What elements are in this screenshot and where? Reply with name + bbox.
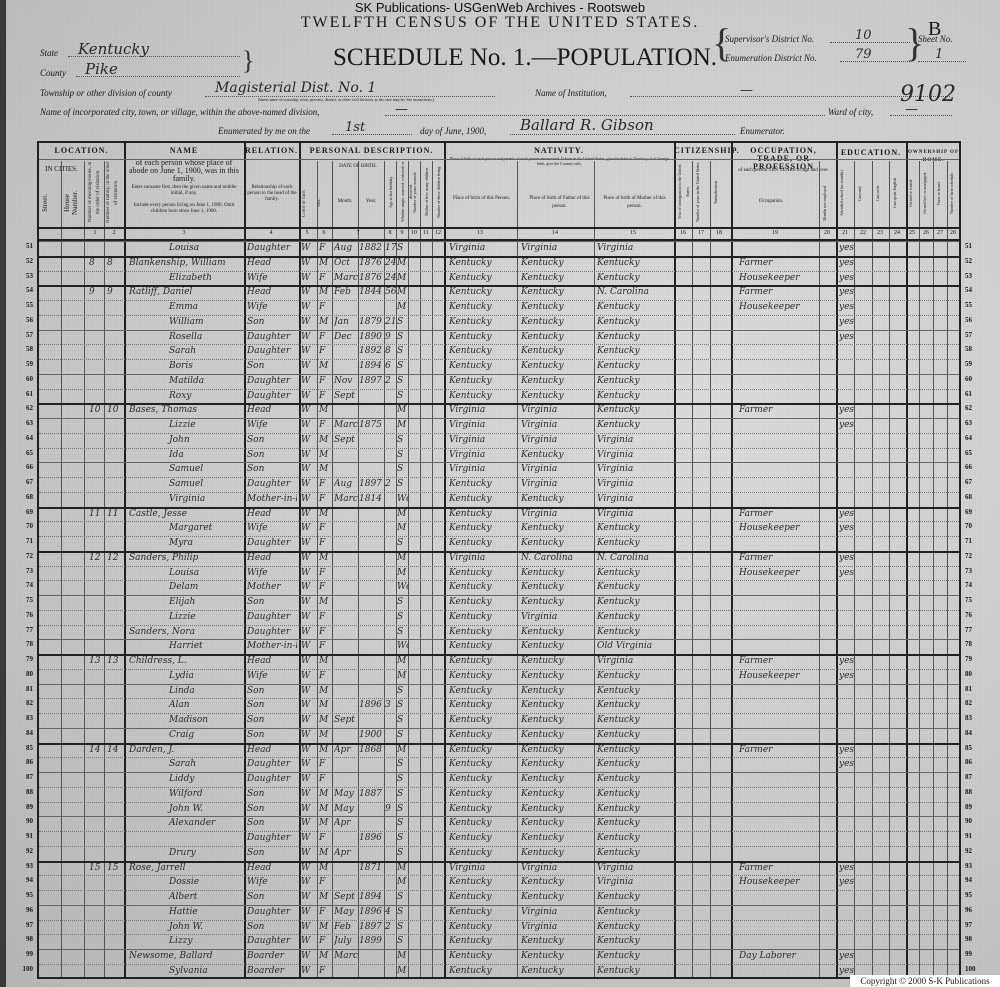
cell-marital: S — [397, 479, 409, 489]
cell-color: W — [301, 700, 315, 710]
cell-color: W — [301, 641, 315, 651]
cell-father: Virginia — [521, 479, 591, 489]
cell-birth: Virginia — [449, 405, 515, 415]
cell-marital: S — [397, 464, 409, 474]
cell-relation: Son — [247, 715, 297, 725]
cell-color: W — [301, 317, 315, 327]
header-education: EDUCATION. — [836, 149, 906, 157]
cell-marital: S — [397, 538, 409, 548]
cell-birth: Kentucky — [449, 273, 515, 283]
cell-marital: S — [397, 848, 409, 858]
cell-edu: yes — [839, 258, 899, 268]
line-number-right: 97 — [965, 921, 972, 929]
cell-occupation: Farmer — [739, 553, 817, 563]
cell-year: 1844 — [359, 287, 383, 297]
line-number-right: 54 — [965, 286, 972, 294]
cell-marital: S — [397, 346, 409, 356]
cell-birth: Kentucky — [449, 745, 515, 755]
cell-sex: F — [319, 774, 331, 784]
cell-marital: S — [397, 376, 409, 386]
census-title: TWELFTH CENSUS OF THE UNITED STATES. — [0, 14, 1000, 32]
enumerated-day: 1st — [345, 120, 365, 135]
cell-birth: Kentucky — [449, 582, 515, 592]
cell-sex: M — [319, 892, 331, 902]
line-number-right: 96 — [965, 906, 972, 914]
cell-mother: Kentucky — [597, 612, 669, 622]
header-relation: RELATION. — [244, 147, 299, 155]
cell-family: 15 — [107, 863, 121, 873]
cell-edu: yes — [839, 287, 899, 297]
column-number: 6 — [318, 230, 330, 236]
cell-marital: S — [397, 435, 409, 445]
line-number-left: 70 — [13, 522, 33, 530]
cell-mother: Kentucky — [597, 759, 669, 769]
line-number-left: 65 — [13, 449, 33, 457]
cell-father: Kentucky — [521, 745, 591, 755]
cell-birth: Kentucky — [449, 287, 515, 297]
cell-sex: M — [319, 922, 331, 932]
cell-father: Kentucky — [521, 273, 591, 283]
cell-marital: S — [397, 317, 409, 327]
cell-age: 21 — [385, 317, 397, 327]
cell-edu: yes — [839, 420, 899, 430]
cell-family: 12 — [107, 553, 121, 563]
cell-birth: Kentucky — [449, 376, 515, 386]
header-name: NAME — [124, 147, 244, 155]
cell-sex: F — [319, 877, 331, 887]
schedule-title: SCHEDULE No. 1.—POPULATION. — [333, 44, 717, 72]
column-number: 5 — [301, 230, 313, 236]
cell-marital: S — [397, 243, 409, 253]
line-number-left: 59 — [13, 360, 33, 368]
cell-color: W — [301, 450, 315, 460]
cell-father: Kentucky — [521, 627, 591, 637]
cell-color: W — [301, 376, 315, 386]
cell-birth: Virginia — [449, 553, 515, 563]
line-number-left: 85 — [13, 744, 33, 752]
cell-mother: Virginia — [597, 464, 669, 474]
line-number-right: 86 — [965, 758, 972, 766]
cell-year: 1896 — [359, 833, 383, 843]
supervisor-value: 10 — [855, 28, 872, 43]
cell-sex: M — [319, 287, 331, 297]
enumerator-label: Enumerator. — [740, 126, 785, 136]
cell-month: May — [334, 789, 358, 799]
cell-relation: Mother-in-law — [247, 494, 297, 504]
cell-edu: yes — [839, 759, 899, 769]
cell-color: W — [301, 745, 315, 755]
cell-mother: Kentucky — [597, 597, 669, 607]
cell-name: Sanders, Nora — [129, 627, 241, 637]
cell-father: Kentucky — [521, 287, 591, 297]
line-number-right: 52 — [965, 257, 972, 265]
cell-color: W — [301, 951, 315, 961]
cell-sex: F — [319, 568, 331, 578]
cell-relation: Head — [247, 553, 297, 563]
cell-month: May — [334, 907, 358, 917]
cell-father: Virginia — [521, 922, 591, 932]
cell-father: Kentucky — [521, 346, 591, 356]
column-number: 18 — [713, 230, 725, 236]
sheet-value: 1 — [935, 47, 943, 62]
cell-mother: N. Carolina — [597, 553, 669, 563]
cell-marital: S — [397, 627, 409, 637]
cell-sex: M — [319, 686, 331, 696]
cell-edu: yes — [839, 332, 899, 342]
cell-father: Kentucky — [521, 951, 591, 961]
cell-color: W — [301, 435, 315, 445]
cell-father: Kentucky — [521, 568, 591, 578]
column-number: 21 — [839, 230, 851, 236]
cell-color: W — [301, 715, 315, 725]
cell-name: Bases, Thomas — [129, 405, 241, 415]
cell-dwelling: 14 — [89, 745, 103, 755]
line-number-left: 55 — [13, 301, 33, 309]
stamp-number: 9102 — [900, 82, 956, 107]
cell-relation: Wife — [247, 302, 297, 312]
cell-mother: Kentucky — [597, 568, 669, 578]
cell-family: 13 — [107, 656, 121, 666]
cell-marital: S — [397, 700, 409, 710]
cell-age: 2 — [385, 479, 397, 489]
cell-sex: F — [319, 538, 331, 548]
cell-relation: Head — [247, 405, 297, 415]
cell-relation: Boarder — [247, 966, 297, 976]
cell-age: 56 — [385, 287, 397, 297]
cell-father: Kentucky — [521, 877, 591, 887]
line-number-right: 57 — [965, 331, 972, 339]
line-number-right: 84 — [965, 729, 972, 737]
enumeration-value: 79 — [855, 47, 872, 62]
cell-relation: Daughter — [247, 833, 297, 843]
cell-color: W — [301, 833, 315, 843]
cell-color: W — [301, 936, 315, 946]
cell-color: W — [301, 789, 315, 799]
cell-father: Kentucky — [521, 582, 591, 592]
cell-mother: Kentucky — [597, 774, 669, 784]
cell-marital: M — [397, 553, 409, 563]
cell-birth: Kentucky — [449, 936, 515, 946]
column-number: 25 — [906, 230, 918, 236]
cell-marital: M — [397, 671, 409, 681]
cell-mother: Kentucky — [597, 538, 669, 548]
cell-sex: F — [319, 332, 331, 342]
cell-mother: Virginia — [597, 479, 669, 489]
cell-birth: Kentucky — [449, 538, 515, 548]
header-nativity: NATIVITY. — [444, 147, 674, 155]
cell-birth: Virginia — [449, 243, 515, 253]
cell-month: Feb — [334, 922, 358, 932]
cell-relation: Daughter — [247, 376, 297, 386]
cell-birth: Kentucky — [449, 833, 515, 843]
cell-birth: Kentucky — [449, 509, 515, 519]
cell-edu: yes — [839, 656, 899, 666]
cell-birth: Kentucky — [449, 523, 515, 533]
cell-year: 1896 — [359, 907, 383, 917]
cell-color: W — [301, 538, 315, 548]
cell-marital: M — [397, 877, 409, 887]
cell-color: W — [301, 671, 315, 681]
cell-father: Kentucky — [521, 317, 591, 327]
cell-occupation: Farmer — [739, 258, 817, 268]
line-number-left: 88 — [13, 788, 33, 796]
cell-sex: F — [319, 907, 331, 917]
cell-edu: yes — [839, 405, 899, 415]
cell-color: W — [301, 361, 315, 371]
cell-year: 1882 — [359, 243, 383, 253]
cell-sex: F — [319, 966, 331, 976]
cell-color: W — [301, 848, 315, 858]
cell-birth: Kentucky — [449, 494, 515, 504]
cell-marital: S — [397, 892, 409, 902]
cell-color: W — [301, 818, 315, 828]
line-number-left: 84 — [13, 729, 33, 737]
cell-birth: Virginia — [449, 420, 515, 430]
cell-color: W — [301, 332, 315, 342]
cell-father: Kentucky — [521, 789, 591, 799]
cell-sex: M — [319, 258, 331, 268]
cell-mother: N. Carolina — [597, 287, 669, 297]
cell-sex: M — [319, 789, 331, 799]
line-number-left: 94 — [13, 876, 33, 884]
cell-color: W — [301, 877, 315, 887]
line-number-left: 97 — [13, 921, 33, 929]
cell-age: 17 — [385, 243, 397, 253]
cell-age: 2 — [385, 376, 397, 386]
cell-relation: Head — [247, 258, 297, 268]
cell-relation: Son — [247, 435, 297, 445]
cell-marital: M — [397, 966, 409, 976]
cell-month: Aug — [334, 243, 358, 253]
cell-mother: Kentucky — [597, 332, 669, 342]
cell-marital: M — [397, 273, 409, 283]
cell-father: Virginia — [521, 243, 591, 253]
cell-month: Sept — [334, 715, 358, 725]
cell-month: Sept — [334, 892, 358, 902]
cell-sex: M — [319, 863, 331, 873]
cell-father: Virginia — [521, 863, 591, 873]
cell-age: 3 — [385, 700, 397, 710]
cell-sex: F — [319, 833, 331, 843]
copyright-notice: Copyright © 2000 S-K Publications — [850, 975, 1000, 987]
cell-birth: Kentucky — [449, 892, 515, 902]
line-number-left: 68 — [13, 493, 33, 501]
cell-father: Virginia — [521, 612, 591, 622]
population-table: LOCATION. IN CITIES. Street. House Numbe… — [37, 141, 961, 979]
cell-age: 24 — [385, 273, 397, 283]
cell-mother: Kentucky — [597, 789, 669, 799]
cell-sex: M — [319, 745, 331, 755]
cell-mother: Virginia — [597, 509, 669, 519]
cell-sex: M — [319, 848, 331, 858]
cell-birth: Kentucky — [449, 951, 515, 961]
cell-year: 1876 — [359, 273, 383, 283]
cell-month: Apr — [334, 745, 358, 755]
line-number-left: 61 — [13, 390, 33, 398]
cell-father: Kentucky — [521, 730, 591, 740]
line-number-left: 79 — [13, 655, 33, 663]
cell-family: 14 — [107, 745, 121, 755]
cell-sex: F — [319, 420, 331, 430]
cell-family: 8 — [107, 258, 121, 268]
cell-sex: F — [319, 346, 331, 356]
cell-occupation: Housekeeper — [739, 523, 817, 533]
cell-father: Kentucky — [521, 759, 591, 769]
cell-dwelling: 9 — [89, 287, 103, 297]
cell-father: Kentucky — [521, 302, 591, 312]
cell-birth: Kentucky — [449, 612, 515, 622]
county-label: County — [40, 68, 66, 78]
column-number: 16 — [677, 230, 689, 236]
cell-mother: Kentucky — [597, 936, 669, 946]
line-number-left: 60 — [13, 375, 33, 383]
cell-father: Kentucky — [521, 656, 591, 666]
cell-sex: F — [319, 641, 331, 651]
cell-relation: Wife — [247, 671, 297, 681]
line-number-right: 78 — [965, 640, 972, 648]
cell-relation: Daughter — [247, 774, 297, 784]
cell-birth: Kentucky — [449, 700, 515, 710]
line-number-left: 95 — [13, 891, 33, 899]
line-number-left: 54 — [13, 286, 33, 294]
cell-mother: Kentucky — [597, 671, 669, 681]
cell-name: Castle, Jesse — [129, 509, 241, 519]
cell-relation: Wife — [247, 420, 297, 430]
cell-sex: M — [319, 597, 331, 607]
cell-mother: Virginia — [597, 656, 669, 666]
cell-relation: Daughter — [247, 391, 297, 401]
header-location: LOCATION. — [39, 147, 124, 155]
cell-month: Sept — [334, 435, 358, 445]
cell-name: Rose, Jarrell — [129, 863, 241, 873]
cell-father: Virginia — [521, 907, 591, 917]
column-number: 12 — [432, 230, 444, 236]
cell-color: W — [301, 494, 315, 504]
cell-sex: F — [319, 243, 331, 253]
cell-color: W — [301, 582, 315, 592]
cell-name: Blankenship, William — [129, 258, 241, 268]
cell-relation: Head — [247, 863, 297, 873]
cell-sex: F — [319, 612, 331, 622]
cell-relation: Head — [247, 656, 297, 666]
cell-sex: M — [319, 509, 331, 519]
column-number: 27 — [934, 230, 946, 236]
cell-color: W — [301, 966, 315, 976]
column-number: 17 — [695, 230, 707, 236]
cell-relation: Wife — [247, 273, 297, 283]
cell-sex: F — [319, 582, 331, 592]
cell-age: 4 — [385, 907, 397, 917]
line-number-right: 64 — [965, 434, 972, 442]
cell-name: Darden, J. — [129, 745, 241, 755]
line-number-left: 83 — [13, 714, 33, 722]
cell-relation: Son — [247, 464, 297, 474]
line-number-right: 53 — [965, 272, 972, 280]
line-number-left: 90 — [13, 817, 33, 825]
cell-father: Kentucky — [521, 523, 591, 533]
cell-marital: M — [397, 523, 409, 533]
cell-year: 1896 — [359, 700, 383, 710]
cell-edu: yes — [839, 745, 899, 755]
cell-dwelling: 10 — [89, 405, 103, 415]
line-number-left: 66 — [13, 463, 33, 471]
line-number-right: 100 — [965, 965, 976, 973]
line-number-left: 100 — [13, 965, 33, 973]
cell-occupation: Farmer — [739, 405, 817, 415]
cell-edu: yes — [839, 509, 899, 519]
line-number-left: 87 — [13, 773, 33, 781]
cell-sex: M — [319, 464, 331, 474]
cell-marital: M — [397, 258, 409, 268]
cell-color: W — [301, 597, 315, 607]
cell-sex: M — [319, 435, 331, 445]
cell-dwelling: 8 — [89, 258, 103, 268]
line-number-left: 78 — [13, 640, 33, 648]
column-number: 26 — [920, 230, 932, 236]
cell-birth: Kentucky — [449, 391, 515, 401]
cell-color: W — [301, 464, 315, 474]
cell-father: N. Carolina — [521, 553, 591, 563]
cell-color: W — [301, 922, 315, 932]
cell-father: Kentucky — [521, 332, 591, 342]
cell-mother: Kentucky — [597, 848, 669, 858]
line-number-left: 76 — [13, 611, 33, 619]
cell-birth: Kentucky — [449, 686, 515, 696]
cell-relation: Wife — [247, 568, 297, 578]
line-number-left: 91 — [13, 832, 33, 840]
cell-birth: Kentucky — [449, 568, 515, 578]
cell-marital: M — [397, 302, 409, 312]
cell-mother: Kentucky — [597, 627, 669, 637]
line-number-left: 93 — [13, 862, 33, 870]
column-number: 22 — [857, 230, 869, 236]
column-number: 23 — [874, 230, 886, 236]
cell-marital: S — [397, 730, 409, 740]
cell-marital: S — [397, 774, 409, 784]
cell-color: W — [301, 479, 315, 489]
cell-father: Kentucky — [521, 966, 591, 976]
cell-relation: Son — [247, 686, 297, 696]
cell-color: W — [301, 346, 315, 356]
cell-birth: Kentucky — [449, 907, 515, 917]
line-number-right: 70 — [965, 522, 972, 530]
cell-relation: Wife — [247, 877, 297, 887]
cell-father: Kentucky — [521, 804, 591, 814]
header-personal: PERSONAL DESCRIPTION. — [299, 147, 444, 155]
scan-edge — [0, 0, 6, 987]
line-number-left: 67 — [13, 478, 33, 486]
line-number-left: 51 — [13, 242, 33, 250]
cell-birth: Kentucky — [449, 479, 515, 489]
line-number-right: 82 — [965, 699, 972, 707]
cell-occupation: Housekeeper — [739, 568, 817, 578]
line-number-left: 86 — [13, 758, 33, 766]
cell-birth: Kentucky — [449, 627, 515, 637]
line-number-left: 58 — [13, 345, 33, 353]
cell-birth: Virginia — [449, 435, 515, 445]
cell-color: W — [301, 302, 315, 312]
column-number: 2 — [108, 230, 120, 236]
column-number: 8 — [384, 230, 396, 236]
cell-color: W — [301, 523, 315, 533]
cell-birth: Kentucky — [449, 361, 515, 371]
cell-mother: Kentucky — [597, 922, 669, 932]
cell-color: W — [301, 391, 315, 401]
column-number: 3 — [178, 230, 190, 236]
line-number-right: 68 — [965, 493, 972, 501]
cell-color: W — [301, 420, 315, 430]
cell-birth: Kentucky — [449, 641, 515, 651]
